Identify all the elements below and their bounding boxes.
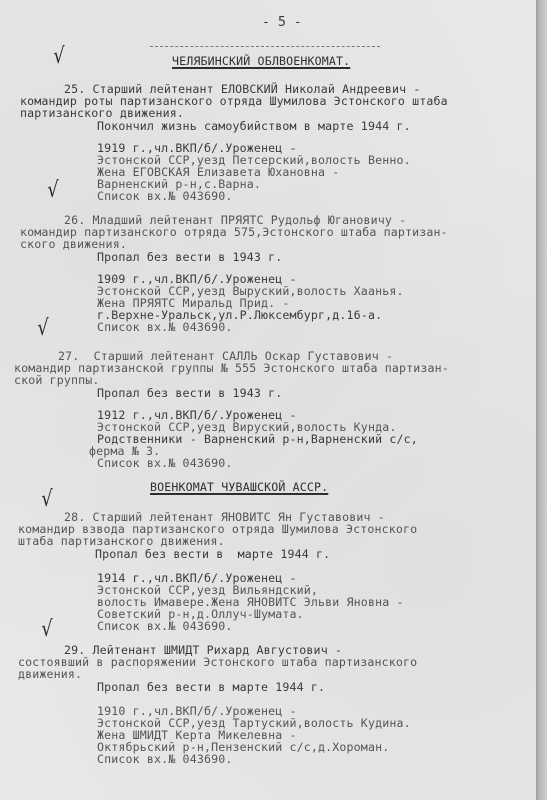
page-edge xyxy=(536,0,547,800)
section-heading: ЧЕЛЯБИНСКИЙ ОБЛВОЕНКОМАТ. xyxy=(172,55,350,68)
entry-detail: Список вх.№ 043690. xyxy=(97,321,232,334)
section-heading: ВОЕНКОМАТ ЧУВАШСКОЙ АССР. xyxy=(150,481,328,494)
entry-detail: Список вх.№ 043690. xyxy=(97,190,232,203)
check-mark-icon: √ xyxy=(37,316,48,341)
check-mark-icon: √ xyxy=(47,178,58,203)
divider xyxy=(150,46,380,47)
page-number: - 5 - xyxy=(262,16,302,29)
entry-status: Пропал без вести в 1943 г. xyxy=(97,251,282,264)
entry-status: Покончил жизнь самоубийством в марте 194… xyxy=(97,120,411,133)
entry-line: движения. xyxy=(18,668,82,681)
check-mark-icon: √ xyxy=(41,487,52,512)
document-page: - 5 - √ ЧЕЛЯБИНСКИЙ ОБЛВОЕНКОМАТ. 25. Ст… xyxy=(0,0,536,800)
entry-status: Пропал без вести в марте 1944 г. xyxy=(97,681,325,694)
entry-detail: Список вх.№ 043690. xyxy=(97,620,232,633)
entry-detail: Список вх.№ 043690. xyxy=(97,753,232,766)
entry-status: Пропал без вести в марте 1944 г. xyxy=(95,548,330,561)
entry-line: ской группы. xyxy=(14,374,100,387)
entry-detail: Список вх.№ 043690. xyxy=(97,457,232,470)
check-mark-icon: √ xyxy=(41,617,52,642)
entry-status: Пропал без вести в 1943 г. xyxy=(97,387,282,400)
check-mark-icon: √ xyxy=(53,44,64,69)
